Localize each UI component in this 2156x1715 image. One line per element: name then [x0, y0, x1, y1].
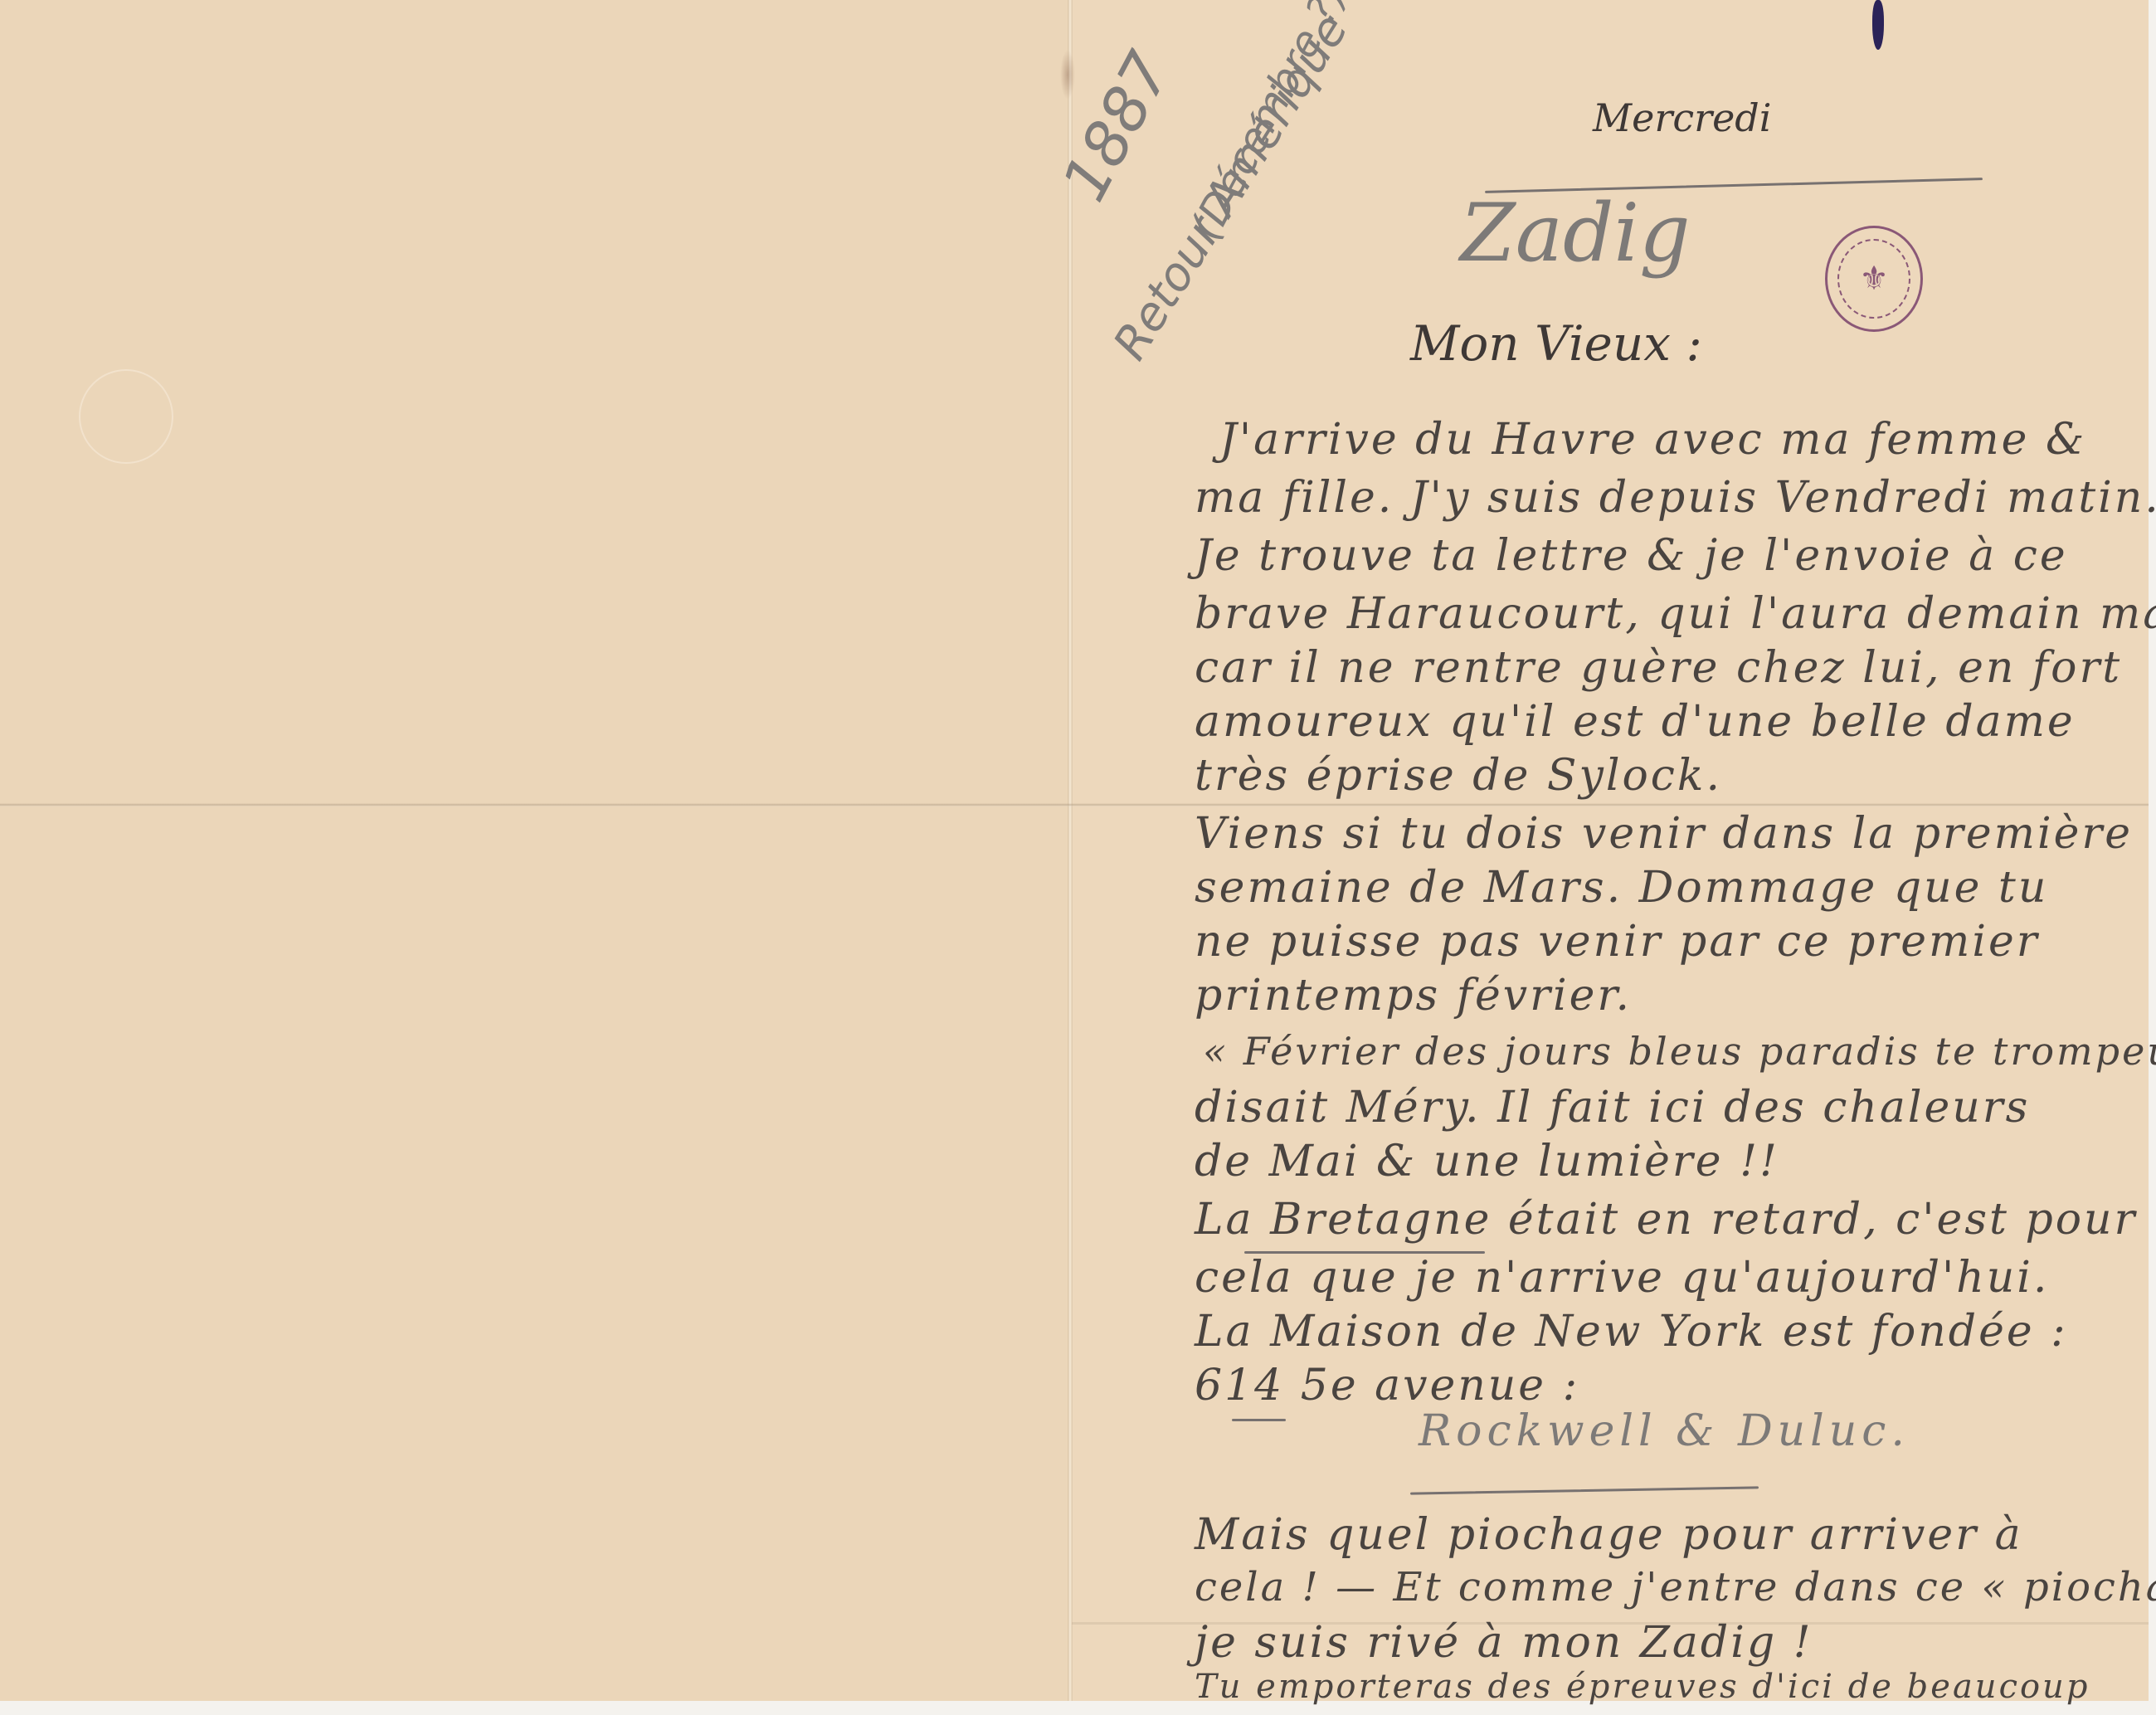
letter-day: Mercredi — [1593, 95, 1771, 140]
body-line: car il ne rentre guère chez lui, en fort — [1195, 643, 2122, 693]
letter-subject: Zadig — [1460, 187, 1691, 280]
left-page-blank — [0, 0, 1070, 1701]
center-fold — [1068, 0, 1073, 1701]
address-rule — [1232, 1419, 1286, 1421]
body-line: semaine de Mars. Dommage que tu — [1195, 863, 2048, 913]
body-line: je suis rivé à mon Zadig ! — [1195, 1618, 1813, 1668]
body-line: J'arrive du Havre avec ma femme & — [1219, 415, 2086, 465]
body-line: ne puisse pas venir par ce premier — [1195, 917, 2040, 967]
body-line: cela ! — Et comme j'entre dans ce « pioc… — [1195, 1564, 2156, 1610]
fleur-de-lis-seal-icon: ⚜ — [1859, 262, 1889, 295]
body-line-quote: « Février des jours bleus paradis te tro… — [1203, 1029, 2156, 1074]
body-line: ma fille. J'y suis depuis Vendredi matin… — [1195, 473, 2156, 523]
spine-stain — [1060, 50, 1075, 100]
ink-blot — [1872, 0, 1884, 50]
body-line: Je trouve ta lettre & je l'envoie à ce — [1195, 531, 2068, 581]
body-line: amoureux qu'il est d'une belle dame — [1195, 697, 2076, 747]
body-line: Viens si tu dois venir dans la première — [1195, 809, 2133, 859]
body-line: Mais quel piochage pour arriver à — [1195, 1510, 2023, 1560]
body-line: brave Haraucourt, qui l'aura demain mati… — [1195, 589, 2156, 639]
body-line: La Maison de New York est fondée : — [1195, 1307, 2068, 1357]
body-line: printemps février. — [1195, 971, 1632, 1021]
paper-emboss-mark — [79, 369, 173, 464]
body-line: Tu emporteras des épreuves d'ici de beau… — [1195, 1668, 2090, 1706]
body-line-address: 614 5e avenue : — [1195, 1361, 1579, 1410]
body-line: très éprise de Sylock. — [1195, 751, 1722, 801]
salutation: Mon Vieux : — [1410, 315, 1702, 372]
body-line: La Bretagne était en retard, c'est pour — [1195, 1195, 2137, 1245]
body-line-firm-name: Rockwell & Duluc. — [1419, 1406, 1910, 1456]
letter-sheet: 1887 (Décembre ?) Retour Amérique Mercre… — [0, 0, 2149, 1701]
body-line: de Mai & une lumière !! — [1195, 1137, 1779, 1186]
horizontal-fold — [0, 803, 2149, 806]
library-stamp: ⚜ — [1825, 226, 1923, 332]
body-line: disait Méry. Il fait ici des chaleurs — [1195, 1083, 2030, 1133]
body-line: cela que je n'arrive qu'aujourd'hui. — [1195, 1253, 2049, 1303]
